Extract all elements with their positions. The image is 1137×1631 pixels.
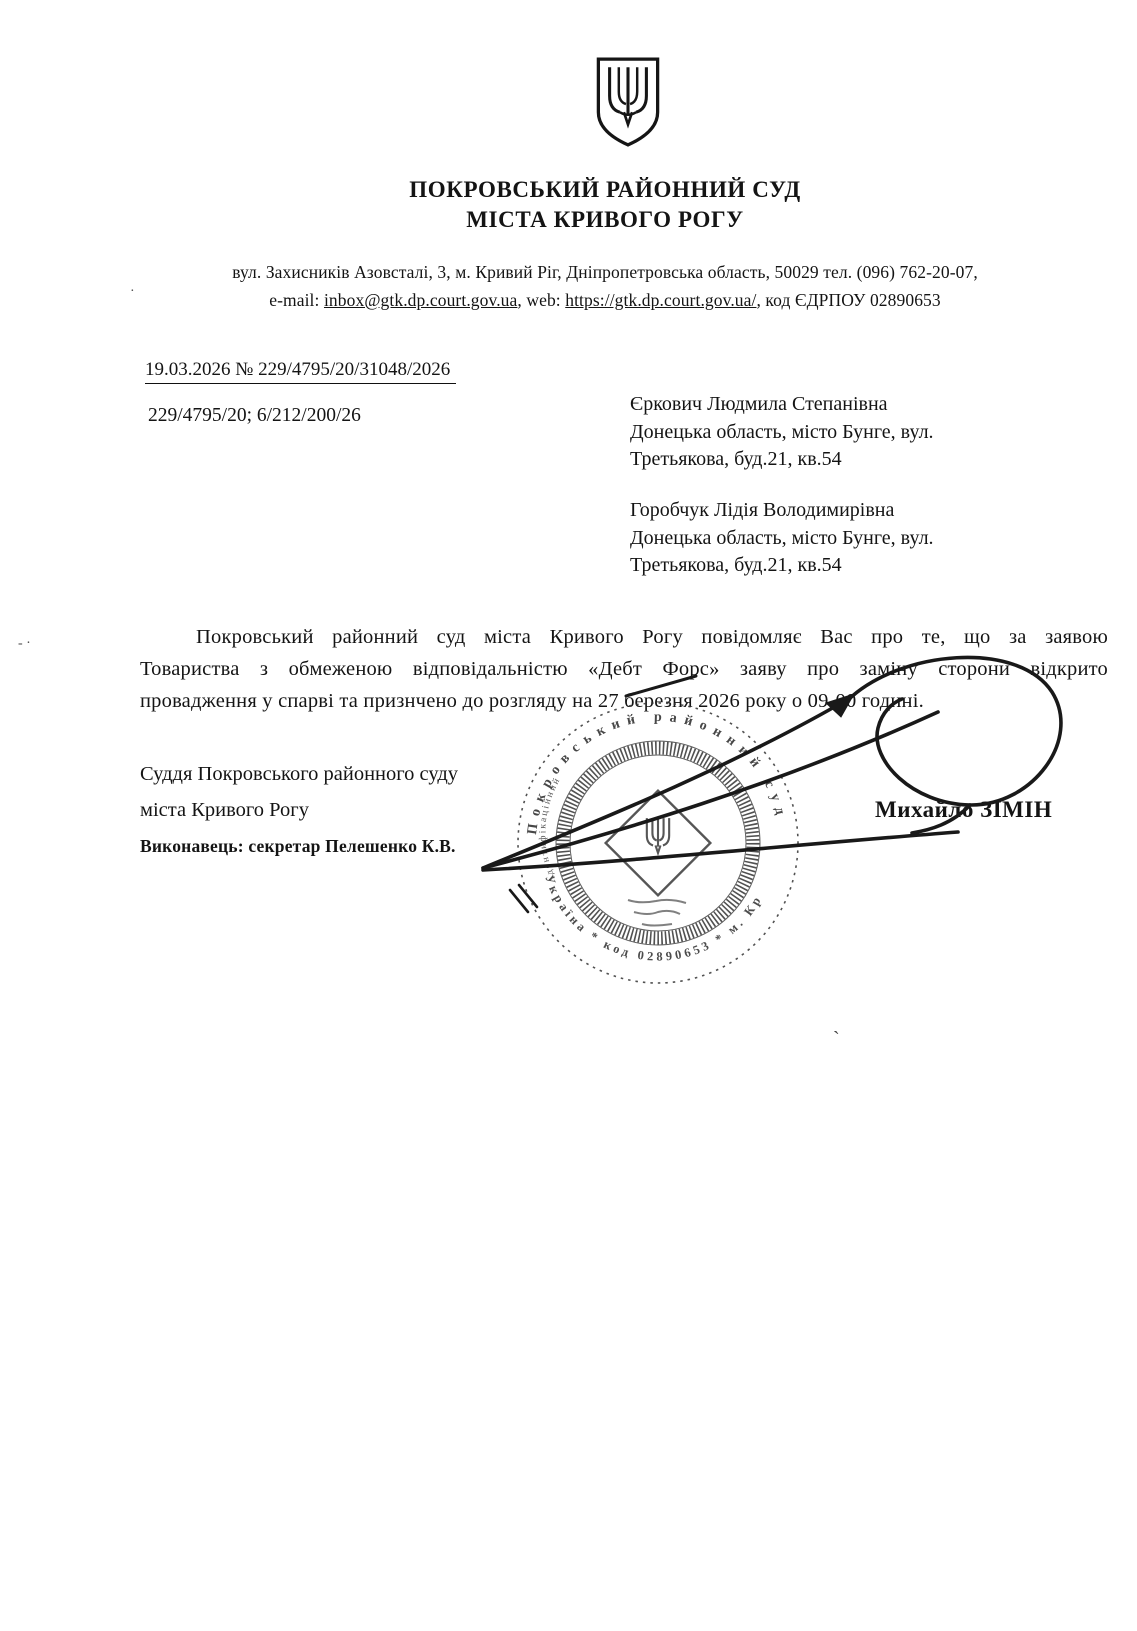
scan-speck: ` bbox=[833, 1028, 840, 1051]
court-contacts-line: e-mail: inbox@gtk.dp.court.gov.ua, web: … bbox=[75, 290, 1135, 311]
body-line-2: Товариства з обмеженою відповідальністю … bbox=[140, 658, 1108, 681]
seal-diamond bbox=[606, 791, 711, 896]
date-number-line: 19.03.2026 № 229/4795/20/31048/2026 bbox=[145, 359, 456, 384]
seal-ring-text-top: Покровський районний суд bbox=[525, 710, 789, 836]
recipient-address-line: Донецька область, місто Бунге, вул. bbox=[630, 525, 990, 553]
executor-line: Виконавець: секретар Пелешенко К.В. bbox=[140, 836, 456, 857]
seal-inner-text: ідентифікаційний bbox=[537, 775, 563, 881]
svg-text:Покровський районний суд: Покровський районний суд bbox=[525, 710, 789, 836]
recipient-block-1: Єркович Людмила Степанівна Донецька обла… bbox=[630, 391, 990, 474]
court-name-line1: ПОКРОВСЬКИЙ РАЙОННИЙ СУД bbox=[75, 176, 1135, 203]
web-label: , web: bbox=[517, 290, 565, 310]
date-number-text: 19.03.2026 № 229/4795/20/31048/2026 bbox=[145, 359, 456, 384]
email-label: e-mail: bbox=[269, 290, 324, 310]
round-seal: Покровський районний суд Україна * код 0… bbox=[518, 703, 798, 983]
scan-speck: - · bbox=[18, 636, 31, 652]
judge-title-line1: Суддя Покровського районного суду bbox=[140, 763, 458, 786]
recipient-address-line: Третьякова, буд.21, кв.54 bbox=[630, 446, 990, 474]
body-line-3: провадження у спарві та признчено до роз… bbox=[140, 690, 1108, 713]
seal-ring-text-bottom: Україна * код 02890653 * м. Кр bbox=[542, 873, 765, 964]
case-numbers: 229/4795/20; 6/212/200/26 bbox=[148, 405, 361, 427]
court-name-line2: МІСТА КРИВОГО РОГУ bbox=[75, 206, 1135, 233]
edrpou-code: , код ЄДРПОУ 02890653 bbox=[756, 290, 940, 310]
seal-smudge-text bbox=[628, 900, 686, 926]
judge-name: Михайло ЗІМІН bbox=[875, 797, 1052, 823]
recipient-block-2: Горобчук Лідія Володимирівна Донецька об… bbox=[630, 497, 990, 580]
recipient-name: Горобчук Лідія Володимирівна bbox=[630, 497, 990, 525]
recipient-address-line: Третьякова, буд.21, кв.54 bbox=[630, 552, 990, 580]
svg-text:ідентифікаційний: ідентифікаційний bbox=[537, 775, 563, 881]
scanned-court-letter: ПОКРОВСЬКИЙ РАЙОННИЙ СУД МІСТА КРИВОГО Р… bbox=[0, 0, 1137, 1631]
body-line-1: Покровський районний суд міста Кривого Р… bbox=[140, 626, 1108, 649]
scan-speck: · bbox=[130, 284, 135, 300]
court-address-line: вул. Захисників Азовсталі, 3, м. Кривий … bbox=[75, 262, 1135, 283]
email-link[interactable]: inbox@gtk.dp.court.gov.ua bbox=[324, 290, 517, 310]
seal-trident-icon bbox=[647, 818, 669, 853]
recipient-address-line: Донецька область, місто Бунге, вул. bbox=[630, 419, 990, 447]
judge-title-line2: міста Кривого Рогу bbox=[140, 799, 309, 822]
ukraine-trident-emblem bbox=[594, 55, 662, 149]
recipient-name: Єркович Людмила Степанівна bbox=[630, 391, 990, 419]
svg-text:Україна * код 02890653 * м: Україна * код 02890653 * м. Кр bbox=[542, 873, 765, 964]
web-link[interactable]: https://gtk.dp.court.gov.ua/ bbox=[565, 290, 756, 310]
